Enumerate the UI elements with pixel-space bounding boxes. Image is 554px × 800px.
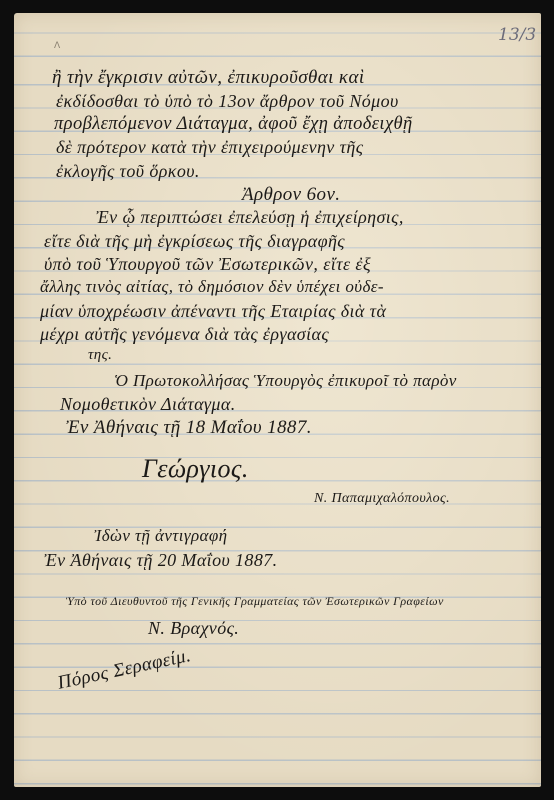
corner-mark: Λ [54, 41, 60, 51]
body-line: ἢ τὴν ἔγκρισιν αὐτῶν, ἐπικυροῦσθαι καὶ [52, 67, 365, 89]
body-line: δὲ πρότερον κατὰ τὴν ἐπιχειρούμενην τῆς [56, 137, 363, 158]
article-heading: Ἀρθρον 6ον. [242, 184, 340, 206]
body-line: εἴτε διὰ τῆς μὴ ἐγκρίσεως τῆς διαγραφῆς [44, 231, 345, 252]
body-line: ἄλλης τινὸς αἰτίας, τὸ δημόσιον δὲν ὑπέχ… [40, 277, 384, 297]
king-signature: Γεώργιος. [142, 454, 249, 484]
folio-number: 13/3 [498, 25, 536, 45]
certification-line: Ὑπὸ τοῦ Διευθυντοῦ τῆς Γενικῆς Γραμματεί… [66, 594, 444, 609]
body-line: μέχρι αὐτῆς γενόμενα διὰ τὰς ἐργασίας [40, 324, 329, 345]
body-line: μίαν ὑποχρέωσιν ἀπέναντι τῆς Εταιρίας δι… [40, 301, 386, 322]
manuscript-page: 13/3 Λ ἢ τὴν ἔγκρισιν αὐτῶν, ἐπικυροῦσθα… [14, 13, 541, 787]
body-line: Νομοθετικὸν Διάταγμα. [60, 394, 236, 415]
body-line: Ὁ Πρωτοκολλήσας Ὑπουργὸς ἐπικυροῖ τὸ παρ… [114, 371, 457, 391]
body-line: ὑπὸ τοῦ Ὑπουργοῦ τῶν Ἐσωτερικῶν, εἴτε ἐξ [44, 254, 371, 275]
date-line: Ἐν Ἀθήναις τῇ 18 Μαΐου 1887. [66, 417, 312, 439]
minister-signature: Ν. Παπαμιχαλόπουλος. [314, 491, 450, 507]
certification-line: Ἰδὼν τῇ ἀντιγραφή [94, 526, 228, 546]
body-line: Ἐν ᾧ περιπτώσει ἐπελεύσῃ ἡ ἐπιχείρησις, [96, 207, 404, 228]
body-line: προβλεπόμενον Διάταγμα, ἀφοῦ ἔχῃ ἀποδειχ… [54, 114, 413, 135]
body-line: της. [88, 347, 112, 364]
certification-date: Ἐν Ἀθήναις τῇ 20 Μαΐου 1887. [44, 550, 278, 571]
certifier-signature: Ν. Βραχνός. [148, 618, 239, 639]
body-line: ἐκλογῆς τοῦ ὅρκου. [56, 161, 200, 182]
closing-signature: Πόρος Σεραφείμ. [56, 645, 193, 695]
body-line: ἐκδίδοσθαι τὸ ὑπὸ τὸ 13ον ἄρθρον τοῦ Νόμ… [56, 91, 399, 112]
